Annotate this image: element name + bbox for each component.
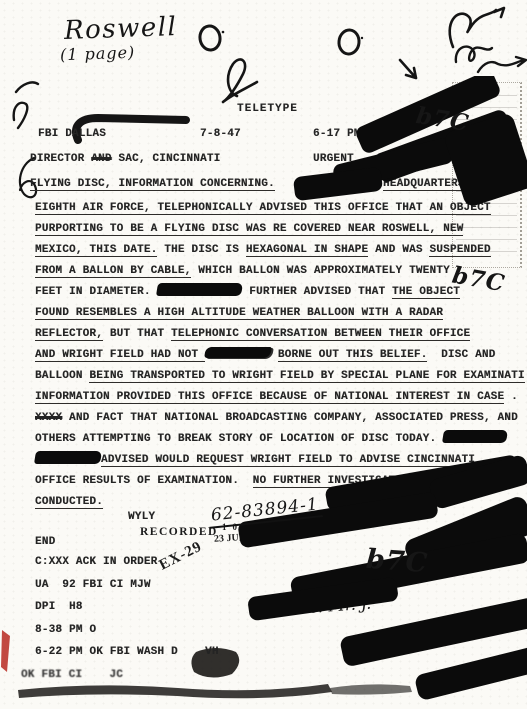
body-line: XXXX AND FACT THAT NATIONAL BROADCASTING… — [35, 407, 517, 428]
body-line: BALLOON BEING TRANSPORTED TO WRIGHT FIEL… — [35, 365, 517, 386]
body-line: OTHERS ATTEMPTING TO BREAK STORY OF LOCA… — [35, 428, 517, 449]
redaction-bar — [442, 430, 508, 443]
addressee-post: SAC, CINCINNATI — [112, 153, 221, 165]
text-segment: DISC AND — [427, 349, 495, 361]
transmission-code-line: OK FBI CI JC — [21, 669, 205, 692]
subject-text: FLYING DISC, INFORMATION CONCERNING. — [30, 178, 275, 191]
text-segment: FOUND RESEMBLES A HIGH ALTITUDE WEATHER … — [35, 307, 443, 320]
text-segment: INFORMATION PROVIDED THIS OFFICE BECAUSE… — [35, 391, 504, 404]
text-segment: BUT THAT — [103, 328, 171, 340]
text-segment: MEXICO, THIS DATE. — [35, 244, 157, 257]
wyly-code: WYLY — [128, 511, 155, 523]
text-segment: TELEPHONIC CONVERSATION BETWEEN THEIR OF… — [171, 328, 470, 341]
redaction-bar — [156, 283, 243, 296]
transmission-code-line: 8-38 PM O — [35, 624, 219, 647]
scribbled-out-word — [204, 347, 272, 358]
text-segment: AND WRIGHT FIELD HAD NOT — [35, 349, 205, 362]
text-segment: . — [504, 391, 518, 403]
text-segment: OFFICE RESULTS OF EXAMINATION. — [35, 475, 253, 487]
body-line: FEET IN DIAMETER. FURTHER ADVISED THAT T… — [35, 281, 517, 302]
message-date: 7-8-47 — [200, 128, 241, 140]
handwritten-circle-icon — [195, 22, 229, 56]
handwritten-initials-scribble — [203, 52, 265, 108]
text-segment: BALLOON — [35, 370, 89, 382]
recorded-stamp: RECORDED — [140, 526, 218, 538]
text-segment: FURTHER ADVISED THAT — [242, 286, 392, 298]
text-segment: OTHERS ATTEMPTING TO BREAK STORY OF LOCA… — [35, 433, 443, 445]
transmission-code-line: 6-22 PM OK FBI WASH D VH — [35, 646, 219, 669]
addressee-pre: DIRECTOR — [30, 153, 91, 165]
redaction-bar — [34, 451, 102, 464]
transmission-code-line: UA 92 FBI CI MJW — [35, 579, 219, 602]
text-segment: WHICH BALLON WAS APPROXIMATELY TWENTY — [191, 265, 449, 277]
text-segment: HEXAGONAL IN SHAPE — [246, 244, 368, 257]
addressee-struck-word: AND — [91, 153, 111, 165]
text-segment: CONDUCTED. — [35, 496, 103, 509]
body-line: MEXICO, THIS DATE. THE DISC IS HEXAGONAL… — [35, 239, 517, 260]
transmission-code-line: DPI H8 — [35, 601, 219, 624]
text-segment: AND FACT THAT NATIONAL BROADCASTING COMP… — [62, 412, 518, 424]
text-segment: FEET IN DIAMETER. — [35, 286, 157, 298]
body-line: FOUND RESEMBLES A HIGH ALTITUDE WEATHER … — [35, 302, 517, 323]
originating-office: FBI DALLAS — [38, 128, 106, 140]
text-segment — [271, 349, 278, 361]
addressee-line: DIRECTOR AND SAC, CINCINNATI — [30, 153, 220, 165]
transmission-code-line: C:XXX ACK IN ORDER — [35, 556, 219, 579]
text-segment: REFLECTOR, — [35, 328, 103, 341]
redaction-blob-top-right — [278, 76, 527, 228]
text-segment: BEING TRANSPORTED TO WRIGHT FIELD BY SPE… — [89, 370, 524, 383]
text-segment: THE DISC IS — [157, 244, 245, 256]
transmission-codes: C:XXX ACK IN ORDERUA 92 FBI CI MJWDPI H8… — [35, 556, 219, 691]
end-label: END — [35, 536, 55, 548]
text-segment: BORNE OUT THIS BELIEF. — [278, 349, 428, 362]
red-margin-mark — [0, 630, 14, 674]
redaction-blob-bottom-right — [230, 455, 527, 709]
text-segment: XXXX — [35, 412, 62, 424]
text-segment: SUSPENDED — [429, 244, 490, 257]
handwritten-page-count: (1 page) — [60, 43, 136, 65]
text-segment: AND WAS — [368, 244, 429, 256]
date-stamp-prefix: 23 — [214, 533, 225, 545]
body-line: REFLECTOR, BUT THAT TELEPHONIC CONVERSAT… — [35, 323, 517, 344]
body-line: INFORMATION PROVIDED THIS OFFICE BECAUSE… — [35, 386, 517, 407]
text-segment: FROM A BALLON BY CABLE, — [35, 265, 191, 278]
body-line: FROM A BALLON BY CABLE, WHICH BALLON WAS… — [35, 260, 517, 281]
b7c-exemption-note: b7C — [365, 544, 429, 579]
handwritten-title: Roswell — [64, 12, 178, 46]
subject-line: FLYING DISC, INFORMATION CONCERNING. — [30, 178, 275, 190]
scanned-document-page: Roswell (1 page) TELETYPE FBI DALLAS 7-8… — [0, 0, 527, 709]
body-line: AND WRIGHT FIELD HAD NOT BORNE OUT THIS … — [35, 344, 517, 365]
